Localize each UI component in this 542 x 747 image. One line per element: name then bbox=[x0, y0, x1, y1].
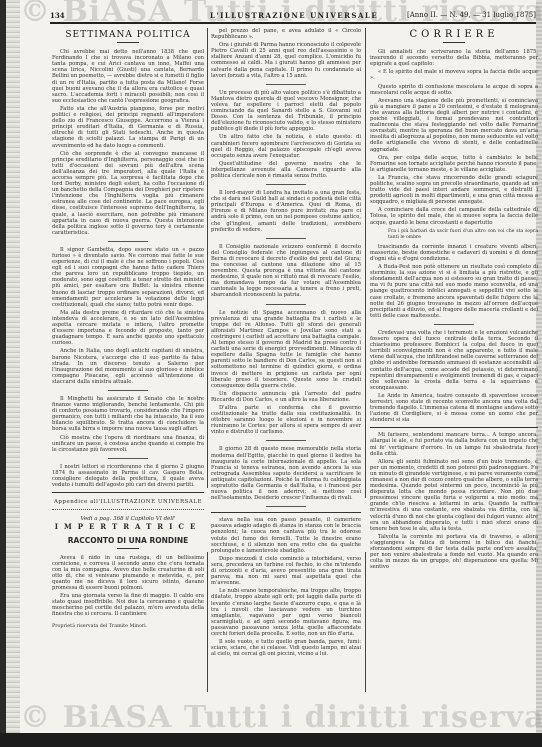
paragraph: A Buda-Pest non potè ottenere un risulta… bbox=[370, 264, 538, 319]
paragraph: Avevamo una stagione delle più prometten… bbox=[370, 98, 538, 153]
paragraph: Talvolta la corrente mi portava via di t… bbox=[370, 534, 538, 571]
paragraph: Un altro fatto che fa notizia, è stato q… bbox=[211, 134, 361, 158]
section-rule bbox=[370, 427, 538, 428]
title-rule bbox=[117, 548, 139, 549]
column-divider bbox=[365, 552, 366, 692]
paragraph: trascinando da corrente innanzi i creatu… bbox=[370, 244, 538, 262]
paragraph: Dopo mezzodì il cielo cominciò a intorbi… bbox=[211, 556, 361, 586]
paragraph: Gli annalisti che scriveranno la storia … bbox=[370, 49, 538, 67]
separator bbox=[266, 440, 306, 441]
paragraph: Anche in Italia, uno degli antichi capit… bbox=[52, 348, 204, 385]
paragraph: La Francia, che stava rincorrendo delle … bbox=[370, 175, 538, 205]
column-divider bbox=[207, 28, 208, 488]
paragraph: Questo spirito di confusione mescolava l… bbox=[370, 84, 538, 96]
paragraph: Il sole vuoto, e tutto quello gran banda… bbox=[211, 639, 361, 657]
separator bbox=[266, 238, 306, 239]
paragraph: Il giorno 28 di questo mese memorabile n… bbox=[211, 446, 361, 501]
paragraph: Mi farisero, sentendomi mancare terra...… bbox=[370, 432, 538, 456]
scan-edge-left bbox=[6, 0, 20, 735]
paragraph: A cominciare dalla croce del campanile d… bbox=[370, 207, 538, 225]
paragraph: Ora i giurati di Parma hanno riconosciut… bbox=[211, 42, 361, 79]
paragraph: Un processo di più alto valore politico … bbox=[211, 90, 361, 133]
masthead: L'ILLUSTRAZIONE UNIVERSALE bbox=[210, 11, 378, 20]
header-rule bbox=[50, 22, 536, 24]
separator bbox=[266, 84, 306, 85]
separator bbox=[108, 390, 148, 391]
dotted-rule bbox=[52, 509, 204, 510]
title-rule bbox=[443, 42, 465, 43]
separator bbox=[108, 458, 148, 459]
paragraph: Il lord-mayor di Londra ha invitato a un… bbox=[211, 190, 361, 233]
paragraph: pel prezzo del pane, e avea adulato il «… bbox=[211, 28, 361, 40]
column-divider bbox=[365, 28, 366, 498]
watermark-bottom: © BiASA Tutti i diritti riservati bbox=[20, 700, 542, 735]
paragraph: Ma alla destra preme di ritardare ciò ch… bbox=[52, 310, 204, 347]
footnote: Proprietà riservata del Tramite Minori. bbox=[52, 624, 204, 630]
newspaper-page: © BiASA Tutti i diritti riservati 134 L'… bbox=[6, 0, 542, 735]
section-title: CORRIERE bbox=[370, 32, 538, 38]
paragraph: Ciò che sorprende è che al convegno manc… bbox=[52, 151, 204, 236]
issue-info: [Anno II. — N. 49, — 31 luglio 1875] bbox=[407, 11, 536, 19]
section-rule bbox=[52, 492, 204, 493]
section-rule bbox=[211, 512, 361, 513]
paragraph: I nostri lettori si ricorderanno che il … bbox=[52, 464, 204, 488]
separator bbox=[434, 324, 474, 325]
paragraph: Il signor Gambetta, dopo essere stato un… bbox=[52, 247, 204, 308]
separator bbox=[108, 241, 148, 242]
separator bbox=[266, 184, 306, 185]
page-header: 134 L'ILLUSTRAZIONE UNIVERSALE [Anno II.… bbox=[50, 10, 536, 22]
paragraph: Ora, per colpa delle acque, tutto è camb… bbox=[370, 155, 538, 173]
paragraph: Le notizie di Spagna accennano di nuovo … bbox=[211, 310, 361, 389]
paragraph: Allora gli sentii fulminato nel seno d'u… bbox=[370, 459, 538, 532]
column-middle: pel prezzo del pane, e avea adulato il «… bbox=[211, 28, 361, 659]
title-rule bbox=[117, 42, 139, 43]
column-divider bbox=[207, 552, 208, 692]
paragraph: Chi avrebbe mai detto nell'anno 1838 che… bbox=[52, 49, 204, 104]
paragraph: Credevasi una volta che i terremoti e le… bbox=[370, 330, 538, 391]
paragraph: Ciò mostra che l'opera di riordinare una… bbox=[52, 435, 204, 453]
column-corriere: CORRIERE Gli annalisti che scriveranno l… bbox=[370, 28, 538, 572]
paragraph: D'altra parte si conferma che il governo… bbox=[211, 405, 361, 435]
paragraph: Un dispaccio annuncia già l'arresto del … bbox=[211, 391, 361, 403]
paragraph: Era una giornata verso la fine di maggio… bbox=[52, 593, 204, 617]
paragraph: stava nella sua con passo pesante, il ca… bbox=[211, 517, 361, 554]
paragraph: Fatto sta che all'Austria piangono, fors… bbox=[52, 106, 204, 149]
separator bbox=[266, 304, 306, 305]
column-settimana-politica: SETTIMANA POLITICA Chi avrebbe mai detto… bbox=[52, 28, 204, 632]
paragraph: Le nubi erano temporalesche, ma troppo a… bbox=[211, 588, 361, 637]
paragraph: Aveva il nido in una rustega, di un bell… bbox=[52, 555, 204, 592]
paragraph: « E lo spirito del male si moveva sopra … bbox=[370, 69, 538, 81]
serial-title: IMPERTRATRICE bbox=[52, 524, 204, 530]
scan-bottom-edge bbox=[0, 733, 542, 747]
page-number: 134 bbox=[50, 11, 65, 20]
section-title: SETTIMANA POLITICA bbox=[52, 32, 204, 38]
story-title: RACCONTO DI UNA RONDINE bbox=[52, 538, 204, 544]
paragraph: Quest'attitudine del governo mostra che … bbox=[211, 161, 361, 179]
separator bbox=[266, 506, 306, 507]
appendix-heading: Appendice all'ILLUSTRAZIONE UNIVERSALE bbox=[52, 499, 204, 505]
paragraph: Il Consiglio nazionale svizzero confermò… bbox=[211, 244, 361, 299]
verse-quote: Fra i più barbari da uscir fuori d'un al… bbox=[370, 229, 538, 241]
paragraph: Il Minghetti ha assicurato il Senato che… bbox=[52, 396, 204, 433]
paragraph: Le Ande in America, teatro consueto di s… bbox=[370, 393, 538, 423]
